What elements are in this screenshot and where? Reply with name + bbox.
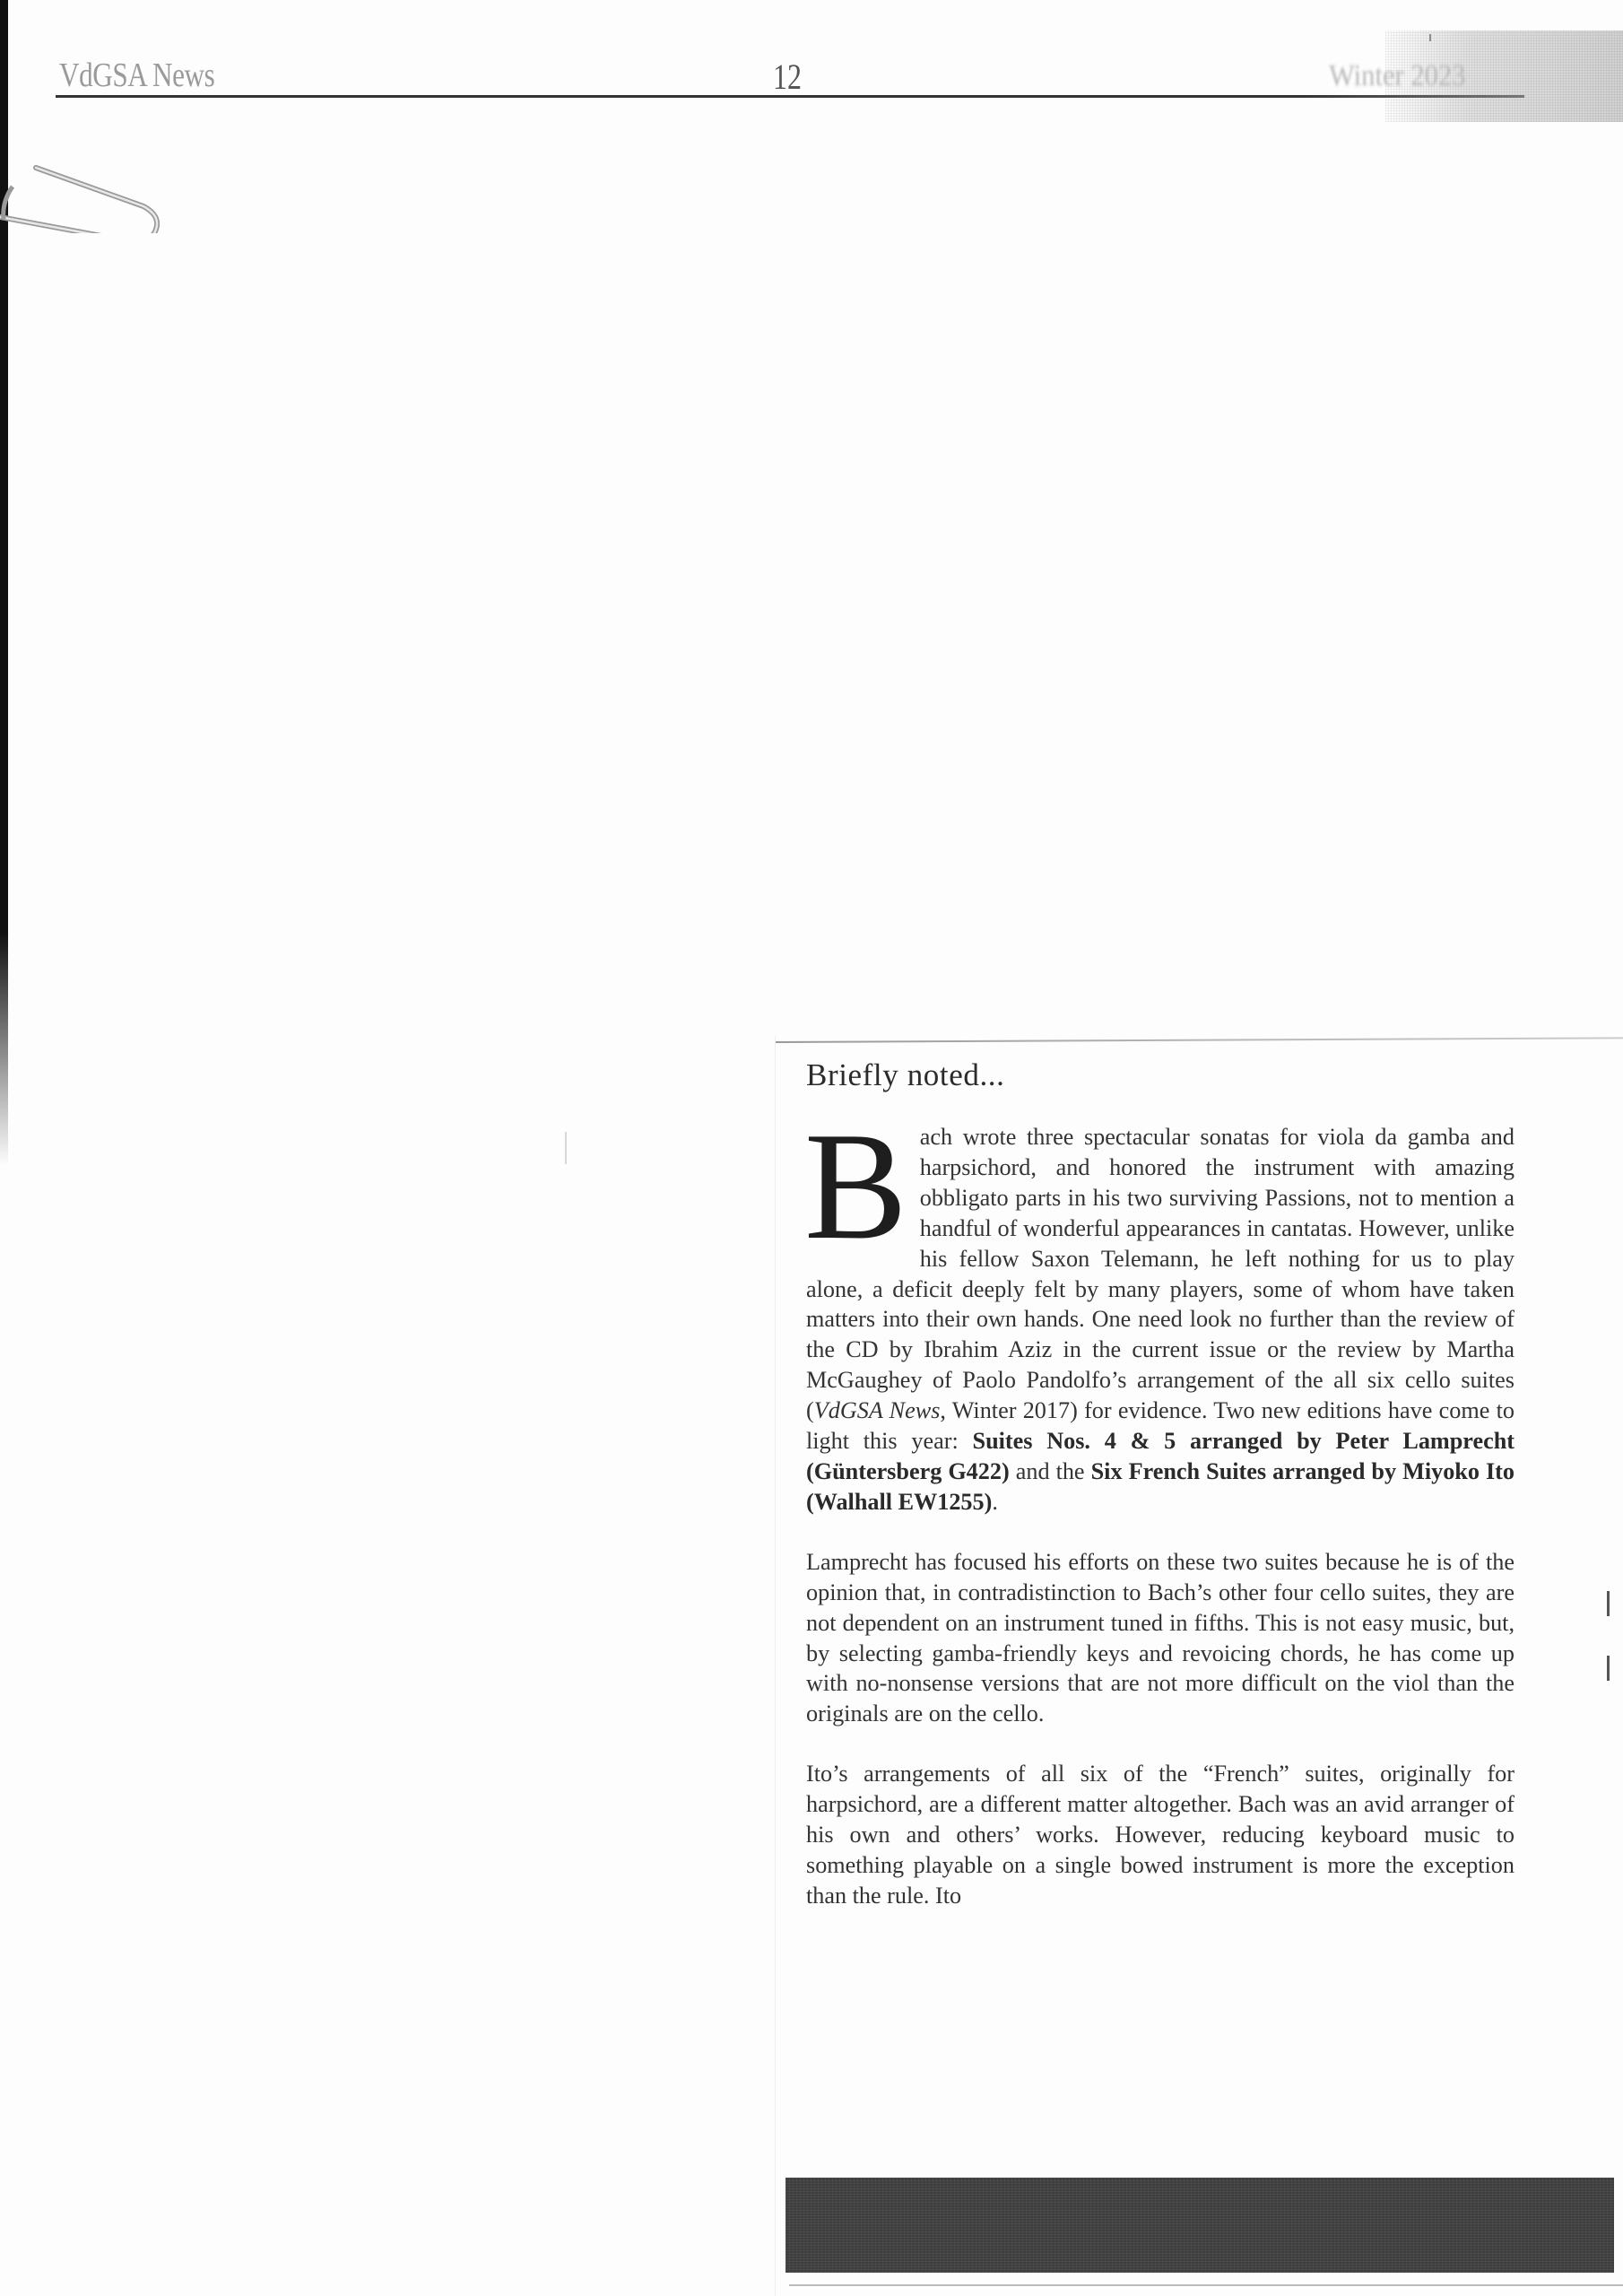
issue-label: Winter 2023: [1329, 59, 1466, 93]
drop-cap: B: [804, 1129, 907, 1244]
text-segment: ach wrote three spectacular sonatas for …: [806, 1124, 1515, 1423]
text-segment: Lamprecht has focused his efforts on the…: [806, 1549, 1515, 1727]
scan-speck: [565, 1132, 567, 1164]
scan-mark: [1607, 1591, 1610, 1616]
clipping-top-rule: [776, 1037, 1623, 1043]
article-paragraph-2: Lamprecht has focused his efforts on the…: [806, 1547, 1515, 1729]
running-header: VdGSA News 12 Winter 2023: [56, 52, 1526, 99]
article-paragraph-3: Ito’s arrangements of all six of the “Fr…: [806, 1759, 1515, 1911]
article: Briefly noted... Bach wrote three specta…: [806, 1057, 1515, 1941]
text-segment: Ito’s arrangements of all six of the “Fr…: [806, 1761, 1515, 1909]
dark-footer-band: [785, 2178, 1614, 2273]
text-segment: .: [992, 1489, 998, 1515]
paperclip-icon: [0, 135, 170, 233]
article-clipping: Briefly noted... Bach wrote three specta…: [775, 1036, 1623, 2296]
article-title: Briefly noted...: [806, 1057, 1515, 1093]
scan-speck: [1429, 34, 1431, 41]
article-paragraph-1: Bach wrote three spectacular sonatas for…: [806, 1122, 1515, 1518]
header-rule: [56, 95, 1524, 98]
scan-mark: [1607, 1656, 1610, 1681]
clipping-bottom-rule: [789, 2284, 1623, 2286]
text-segment: and the: [1010, 1458, 1091, 1484]
publication-reference: VdGSA News: [814, 1397, 941, 1423]
page-number: 12: [773, 56, 802, 98]
publication-name: VdGSA News: [59, 56, 214, 95]
